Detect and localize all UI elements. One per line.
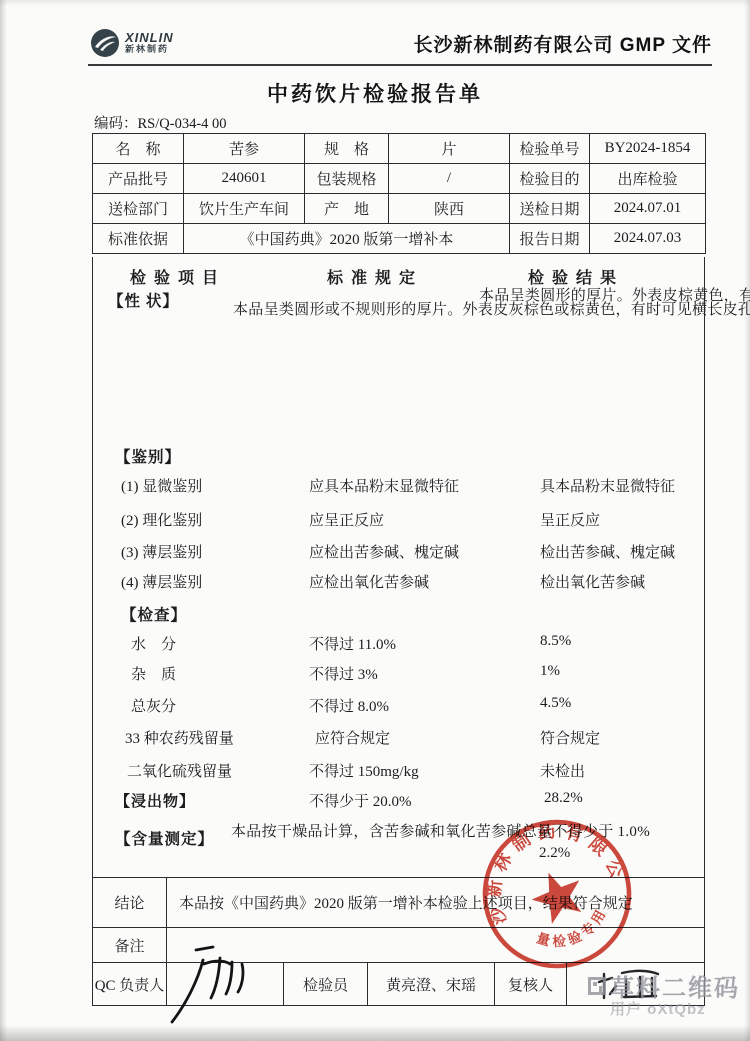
doc-code: 编码：RS/Q-034-4 00 <box>94 112 227 133</box>
test-row: 水 分 不得过 11.0% 8.5% <box>93 633 704 653</box>
item-result: 未检出 <box>540 760 585 781</box>
item-standard: 不得过 150mg/kg <box>309 760 419 781</box>
extractives-row: 【浸出物】 不得少于 20.0% 28.2% <box>93 790 704 810</box>
item-standard: 不得少于 20.0% <box>309 790 412 811</box>
test-row: 33 种农药残留量 应符合规定 符合规定 <box>93 727 704 747</box>
field-label: 报告日期 <box>510 224 590 254</box>
item-standard: 不得过 3% <box>309 663 378 684</box>
inspector-names: 黄亮澄、宋瑶 <box>368 963 495 1005</box>
table-row: 送检部门 饮片生产车间 产 地 陕西 送检日期 2024.07.01 <box>93 194 706 224</box>
table-row: 产品批号 240601 包装规格 / 检验目的 出库检验 <box>93 164 706 194</box>
item-result: 检出苦参碱、槐定碱 <box>540 541 675 562</box>
item-result: 1% <box>540 663 560 680</box>
field-label: 检验目的 <box>510 164 590 194</box>
item-standard: 应检出氧化苦参碱 <box>309 571 429 592</box>
field-label: 送检日期 <box>510 194 590 224</box>
identification-row: (4) 薄层鉴别 应检出氧化苦参碱 检出氧化苦参碱 <box>93 571 704 591</box>
field-label: 产 地 <box>305 194 389 224</box>
header-rule <box>88 64 712 66</box>
item-name: 总灰分 <box>131 695 176 716</box>
item-name: 杂 质 <box>131 663 176 684</box>
field-value: 陕西 <box>389 194 510 224</box>
item-name: (1) 显微鉴别 <box>121 475 202 496</box>
section-label-identification: 【鉴别】 <box>115 445 181 467</box>
item-result: 具本品粉末显微特征 <box>540 475 675 496</box>
section-label-appearance: 【性 状】 <box>108 289 179 311</box>
conclusion-label: 结论 <box>93 878 167 927</box>
remark-label: 备注 <box>93 928 167 962</box>
qc-manager-signature <box>158 938 288 1028</box>
field-value: 《中国药典》2020 版第一增补本 <box>184 224 510 254</box>
item-name: (4) 薄层鉴别 <box>121 571 202 592</box>
doc-code-value: RS/Q-034-4 00 <box>138 116 227 132</box>
item-name: (2) 理化鉴别 <box>121 509 202 530</box>
field-label: 检验单号 <box>510 134 590 164</box>
appearance-standard-text: 本品呈类圆形或不规则形的厚片。外表皮灰棕色或棕黄色，有时可见横长皮孔样突起，外皮… <box>203 299 443 321</box>
item-standard: 应符合规定 <box>315 727 390 748</box>
section-label-tests: 【检查】 <box>121 603 187 625</box>
field-label: 送检部门 <box>93 194 184 224</box>
company-logo: XINLIN 新林制药 <box>90 28 174 58</box>
report-title: 中药饮片检验报告单 <box>0 78 750 108</box>
identification-row: (2) 理化鉴别 应呈正反应 呈正反应 <box>93 509 704 529</box>
test-row: 杂 质 不得过 3% 1% <box>93 663 704 683</box>
qc-manager-label: QC 负责人 <box>93 963 167 1005</box>
inspection-body: 检 验 项 目 标 准 规 定 检 验 结 果 【性 状】 本品呈类圆形或不规则… <box>92 257 705 878</box>
item-result: 检出氧化苦参碱 <box>540 571 645 592</box>
logo-name: XINLIN <box>125 31 174 44</box>
field-label: 包装规格 <box>305 164 389 194</box>
item-standard: 应检出苦参碱、槐定碱 <box>309 541 459 562</box>
field-label: 规 格 <box>305 134 389 164</box>
page-header: XINLIN 新林制药 长沙新林制药有限公司 GMP 文件 <box>88 24 712 64</box>
field-value: BY2024-1854 <box>590 134 706 164</box>
test-row: 二氧化硫残留量 不得过 150mg/kg 未检出 <box>93 760 704 780</box>
field-value: 片 <box>389 134 510 164</box>
field-value: / <box>389 164 510 194</box>
item-result: 4.5% <box>540 695 571 712</box>
item-result: 8.5% <box>540 633 571 650</box>
item-result: 符合规定 <box>540 727 600 748</box>
item-standard: 应具本品粉末显微特征 <box>309 475 459 496</box>
field-value: 2024.07.03 <box>590 224 706 254</box>
field-value: 2024.07.01 <box>590 194 706 224</box>
item-standard: 不得过 8.0% <box>309 695 389 716</box>
inspector-label: 检验员 <box>284 963 368 1005</box>
identification-row: (1) 显微鉴别 应具本品粉末显微特征 具本品粉末显微特征 <box>93 475 704 495</box>
item-name: 二氧化硫残留量 <box>127 760 232 781</box>
sample-info-table: 名 称 苦参 规 格 片 检验单号 BY2024-1854 产品批号 24060… <box>92 133 706 254</box>
item-standard: 不得过 11.0% <box>309 633 396 654</box>
field-value: 240601 <box>184 164 305 194</box>
section-label-extractives: 【浸出物】 <box>115 790 195 811</box>
table-row: 名 称 苦参 规 格 片 检验单号 BY2024-1854 <box>93 134 706 164</box>
logo-subname: 新林制药 <box>125 44 174 55</box>
field-label: 产品批号 <box>93 164 184 194</box>
test-row: 总灰分 不得过 8.0% 4.5% <box>93 695 704 715</box>
identification-row: (3) 薄层鉴别 应检出苦参碱、槐定碱 检出苦参碱、槐定碱 <box>93 541 704 561</box>
field-value: 苦参 <box>184 134 305 164</box>
field-label: 标准依据 <box>93 224 184 254</box>
field-value: 出库检验 <box>590 164 706 194</box>
field-label: 名 称 <box>93 134 184 164</box>
section-label-assay: 【含量测定】 <box>115 827 214 849</box>
column-header-item: 检 验 项 目 <box>130 265 220 288</box>
item-name: 水 分 <box>131 633 176 654</box>
gmp-doc-title: 长沙新林制药有限公司 GMP 文件 <box>414 30 713 57</box>
xinlin-logo-icon <box>90 28 120 58</box>
item-name: 33 种农药残留量 <box>125 727 234 748</box>
doc-code-label: 编码： <box>94 116 138 132</box>
field-value: 饮片生产车间 <box>184 194 305 224</box>
column-header-standard: 标 准 规 定 <box>327 265 417 288</box>
seal-star-icon <box>525 863 591 928</box>
item-standard: 应呈正反应 <box>309 509 384 530</box>
reviewer-signature <box>596 966 668 1006</box>
table-row: 标准依据 《中国药典》2020 版第一增补本 报告日期 2024.07.03 <box>93 224 706 254</box>
appearance-result-text: 本品呈类圆形的厚片。外表皮棕黄色，有时可见横长皮孔样突起，外皮薄，常破裂反卷或脱… <box>449 285 693 308</box>
report-page: XINLIN 新林制药 长沙新林制药有限公司 GMP 文件 中药饮片检验报告单 … <box>0 0 750 1041</box>
item-result: 呈正反应 <box>540 509 600 530</box>
item-name: (3) 薄层鉴别 <box>121 541 202 562</box>
